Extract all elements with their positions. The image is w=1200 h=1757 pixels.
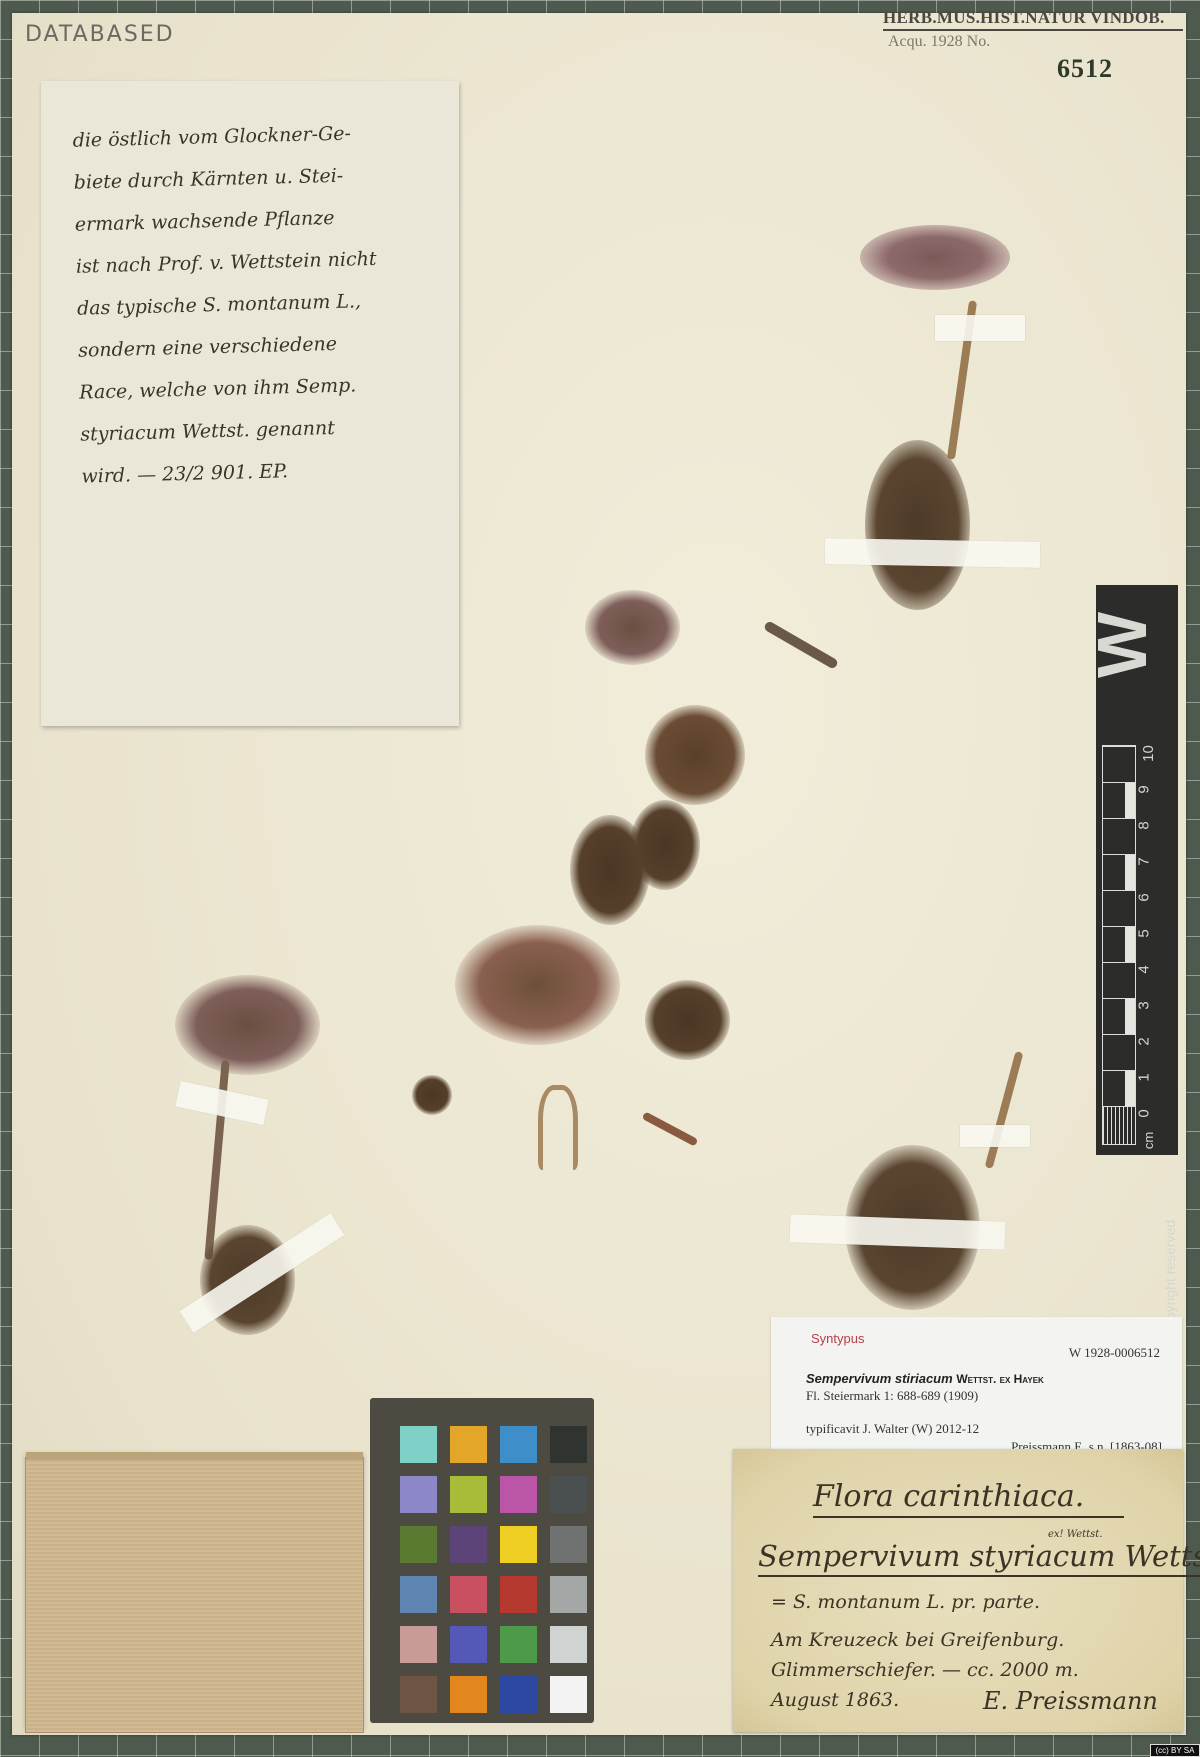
scale-tick-label: 7 — [1136, 857, 1153, 865]
color-calibration-chart — [370, 1398, 594, 1723]
color-swatch — [450, 1426, 487, 1463]
color-swatch — [500, 1426, 537, 1463]
habitat-elevation: Glimmerschiefer. — cc. 2000 m. — [771, 1659, 1079, 1681]
color-swatch — [550, 1526, 587, 1563]
color-swatch — [500, 1476, 537, 1513]
herbarium-stamp-title: HERB.MUS.HIST.NATUR VINDOB. — [883, 8, 1183, 31]
scale-tick-label: 4 — [1136, 965, 1153, 973]
scale-tick-label: 5 — [1136, 929, 1153, 937]
fragment-envelope — [25, 1457, 364, 1733]
herbarium-stamp-acquisition: Acqu. 1928 No. — [888, 33, 1183, 51]
scale-tick-label: 8 — [1136, 821, 1153, 829]
publication-reference: Fl. Steiermark 1: 688-689 (1909) — [806, 1388, 978, 1404]
color-swatch — [550, 1626, 587, 1663]
databased-stamp: DATABASED — [25, 22, 175, 47]
collection-date: August 1863. — [771, 1689, 899, 1711]
scale-tick-label: 1 — [1136, 1073, 1153, 1081]
color-swatch — [500, 1626, 537, 1663]
color-swatch — [450, 1526, 487, 1563]
type-status: Syntypus — [811, 1331, 864, 1346]
type-label: Syntypus W 1928-0006512 Sempervivum stir… — [771, 1317, 1182, 1455]
w-logo: W — [1097, 628, 1177, 678]
scale-tick-label: 3 — [1136, 1001, 1153, 1009]
locality-label: Flora carinthiaca. ex! Wettst. Semperviv… — [733, 1449, 1183, 1732]
color-swatch — [450, 1676, 487, 1713]
color-swatch — [450, 1476, 487, 1513]
color-swatch — [500, 1576, 537, 1613]
scale-tick-label: 9 — [1136, 785, 1153, 793]
color-swatch — [500, 1676, 537, 1713]
taxon-author: Wettst. ex Hayek — [956, 1372, 1044, 1386]
collector-signature: E. Preissmann — [983, 1687, 1158, 1715]
color-swatch — [400, 1626, 437, 1663]
synonym: = S. montanum L. pr. parte. — [771, 1591, 1040, 1613]
color-swatch — [400, 1526, 437, 1563]
handwritten-note-text: die östlich vom Glockner-Ge- biete durch… — [72, 110, 442, 497]
license-badge: (cc) BY SA — [1150, 1744, 1200, 1757]
color-swatch — [400, 1476, 437, 1513]
species-name: Sempervivum styriacum Wettst. — [758, 1539, 1200, 1577]
color-swatch — [550, 1476, 587, 1513]
scale-unit: cm — [1141, 1132, 1156, 1149]
scale-tick-label: 6 — [1136, 893, 1153, 901]
note-line: wird. — 23/2 901. EP. — [81, 446, 442, 497]
barcode-number: W 1928-0006512 — [1069, 1345, 1160, 1361]
color-swatch — [400, 1676, 437, 1713]
color-swatch — [400, 1576, 437, 1613]
color-swatch — [500, 1526, 537, 1563]
flora-title: Flora carinthiaca. — [813, 1479, 1124, 1518]
color-swatch — [550, 1426, 587, 1463]
copyright-text: copyright reserved — [1162, 1175, 1178, 1335]
taxon-name: Sempervivum stiriacum Wettst. ex Hayek — [806, 1371, 1044, 1386]
scale-ruler — [1102, 745, 1136, 1145]
color-swatch — [550, 1576, 587, 1613]
handwritten-note: die östlich vom Glockner-Ge- biete durch… — [41, 81, 459, 726]
scale-tick-label: 10 — [1140, 745, 1157, 762]
color-swatch — [450, 1576, 487, 1613]
scale-tick-label: 2 — [1136, 1037, 1153, 1045]
scale-tick-label: 0 — [1136, 1109, 1153, 1117]
locality: Am Kreuzeck bei Greifenburg. — [771, 1629, 1064, 1651]
typification: typificavit J. Walter (W) 2012-12 — [806, 1421, 979, 1437]
color-swatch — [400, 1426, 437, 1463]
envelope-flap — [26, 1452, 363, 1460]
scale-bar: W 10 9 8 7 6 5 4 3 2 1 0 cm copyright re… — [1096, 585, 1178, 1155]
color-swatch — [550, 1676, 587, 1713]
accession-number: 6512 — [1057, 54, 1113, 84]
herbarium-stamp: HERB.MUS.HIST.NATUR VINDOB. Acqu. 1928 N… — [883, 8, 1183, 51]
taxon-binomial: Sempervivum stiriacum — [806, 1371, 953, 1386]
color-swatch — [450, 1626, 487, 1663]
